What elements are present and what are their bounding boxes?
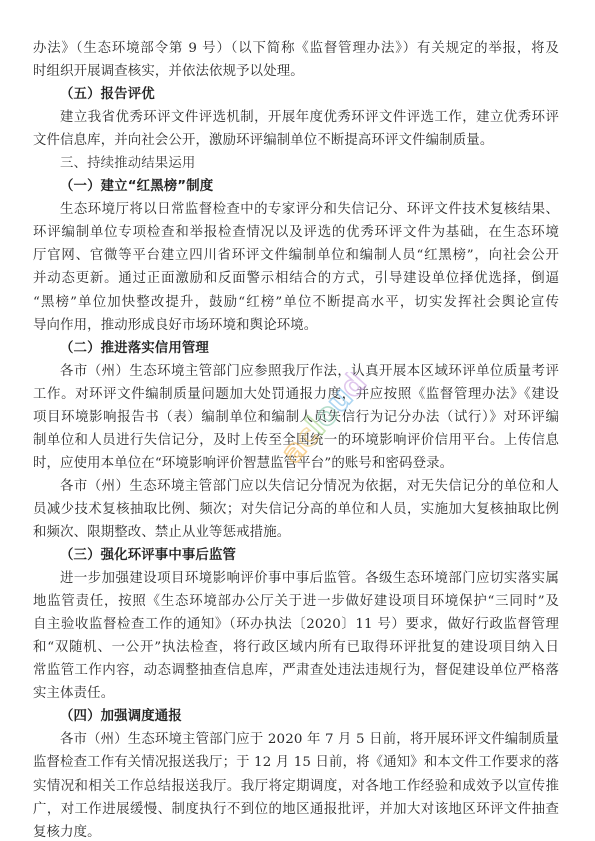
subsection-heading: （二）推进落实信用管理 <box>33 337 559 360</box>
text-line: 并动态更新。通过正面激励和反面警示相结合的方式，引导建设单位择优选择，倒逼 <box>33 267 559 290</box>
text-line: 各市（州）生态环境主管部门应于 2020 年 7 月 5 日前，将开展环评文件编… <box>33 728 559 751</box>
paragraph: 办法》（生态环境部令第 9 号）（以下简称《监督管理办法》）有关规定的举报，将及… <box>33 37 559 83</box>
text-line: 时组织开展调查核实，并依法依规予以处理。 <box>33 60 559 83</box>
text-line: 地监管责任，按照《生态环境部办公厅关于进一步做好建设项目环境保护“三同时”及 <box>33 590 559 613</box>
text-line: 监督检查工作有关情况报送我厅；于 12 月 15 日前，将《通知》和本文件工作要… <box>33 751 559 774</box>
paragraph: 各市（州）生态环境主管部门应于 2020 年 7 月 5 日前，将开展环评文件编… <box>33 728 559 841</box>
text-line: 常监管工作内容，动态调整抽查信息库，严肃查处违法违规行为，督促建设单位严格落 <box>33 659 559 682</box>
text-line: 厅官网、官微等平台建立四川省环评文件编制单位和编制人员“红黑榜”，向社会公开 <box>33 244 559 267</box>
text-line: 进一步加强建设项目环境影响评价事中事后监管。各级生态环境部门应切实落实属 <box>33 567 559 590</box>
text-line: 工作。对环评文件编制质量问题加大处罚通报力度，并应按照《监督管理办法》《建设 <box>33 383 559 406</box>
text-line: 和“双随机、一公开”执法检查，将行政区域内所有已取得环评批复的建设项目纳入日 <box>33 636 559 659</box>
text-line: 复核力度。 <box>33 821 559 841</box>
text-line: 时，应使用本单位在“环境影响评价智慧监管平台”的账号和密码登录。 <box>33 452 559 475</box>
text-line: 环评编制单位专项检查和举报检查情况以及评选的优秀环评文件为基础，在生态环境 <box>33 221 559 244</box>
text-line: 制单位和人员进行失信记分，及时上传至全国统一的环境影响评价信用平台。上传信息 <box>33 429 559 452</box>
text-line: 实主体责任。 <box>33 682 559 705</box>
paragraph: 各市（州）生态环境主管部门应参照我厅作法，认真开展本区域环评单位质量考评工作。对… <box>33 360 559 475</box>
document-page: 办法》（生态环境部令第 9 号）（以下简称《监督管理办法》）有关规定的举报，将及… <box>33 37 559 841</box>
text-line: 实情况和相关工作总结报送我厅。我厅将定期调度，对各地工作经验和成效予以宣传推 <box>33 775 559 798</box>
text-line: 广，对工作进展缓慢、制度执行不到位的地区通报批评，并加大对该地区环评文件抽查 <box>33 798 559 821</box>
text-line: 项目环境影响报告书（表）编制单位和编制人员失信行为记分办法（试行）》对环评编 <box>33 406 559 429</box>
subsection-heading: （三）强化环评事中事后监管 <box>33 544 559 567</box>
text-line: “黑榜”单位加快整改提升，鼓励“红榜”单位不断提高水平，切实发挥社会舆论宣传 <box>33 291 559 314</box>
paragraph: 各市（州）生态环境主管部门应以失信记分情况为依据，对无失信记分的单位和人员减少技… <box>33 475 559 544</box>
text-line: 导向作用，推动形成良好市场环境和舆论环境。 <box>33 314 559 337</box>
text-line: 和频次、限期整改、禁止从业等惩戒措施。 <box>33 521 559 544</box>
paragraph: 建立我省优秀环评文件评选机制，开展年度优秀环评文件评选工作，建立优秀环评文件信息… <box>33 106 559 152</box>
text-line: 办法》（生态环境部令第 9 号）（以下简称《监督管理办法》）有关规定的举报，将及 <box>33 37 559 60</box>
subsection-heading: （四）加强调度通报 <box>33 705 559 728</box>
text-line: 员减少技术复核抽取比例、频次；对失信记分高的单位和人员，实施加大复核抽取比例 <box>33 498 559 521</box>
text-line: 各市（州）生态环境主管部门应以失信记分情况为依据，对无失信记分的单位和人 <box>33 475 559 498</box>
section-heading: 三、持续推动结果运用 <box>33 152 559 175</box>
text-line: 生态环境厅将以日常监督检查中的专家评分和失信记分、环评文件技术复核结果、 <box>33 198 559 221</box>
subsection-heading: （一）建立“红黑榜”制度 <box>33 175 559 198</box>
paragraph: 进一步加强建设项目环境影响评价事中事后监管。各级生态环境部门应切实落实属地监管责… <box>33 567 559 705</box>
text-line: 各市（州）生态环境主管部门应参照我厅作法，认真开展本区域环评单位质量考评 <box>33 360 559 383</box>
text-line: 建立我省优秀环评文件评选机制，开展年度优秀环评文件评选工作，建立优秀环评 <box>33 106 559 129</box>
text-line: 自主验收监督检查工作的通知》（环办执法〔2020〕11 号）要求，做好行政监督管… <box>33 613 559 636</box>
paragraph: 生态环境厅将以日常监督检查中的专家评分和失信记分、环评文件技术复核结果、环评编制… <box>33 198 559 336</box>
subsection-heading: （五）报告评优 <box>33 83 559 106</box>
text-line: 文件信息库，并向社会公开，激励环评编制单位不断提高环评文件编制质量。 <box>33 129 559 152</box>
